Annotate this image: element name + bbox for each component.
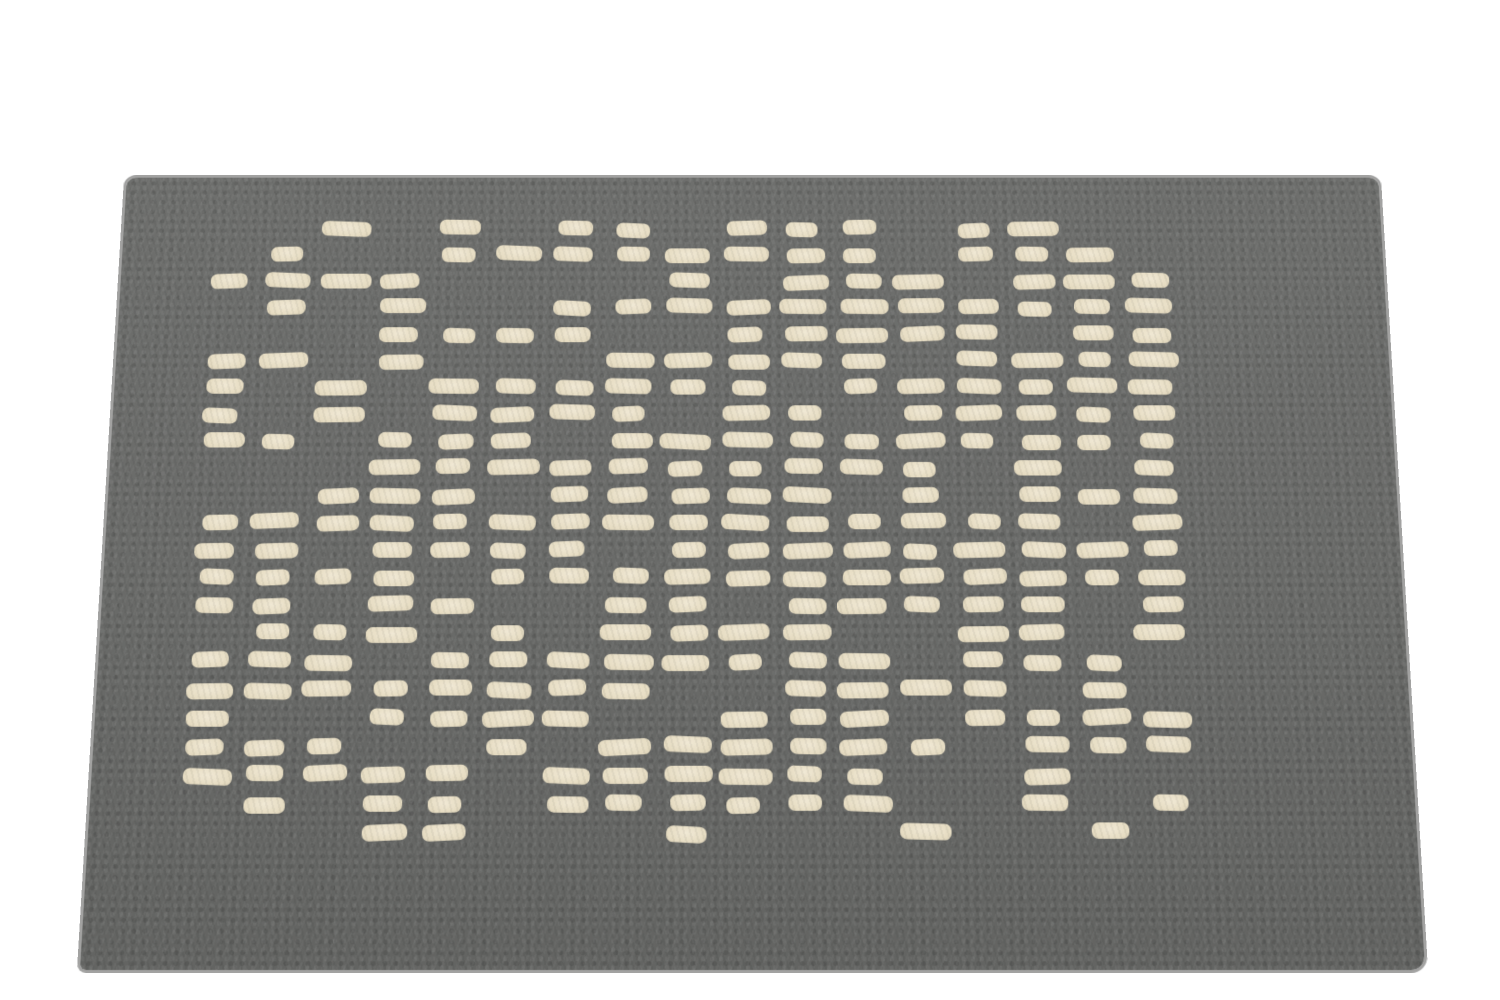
pattern-dash — [608, 458, 648, 474]
pattern-dash — [1017, 301, 1051, 316]
pattern-dash — [605, 794, 642, 810]
pattern-dash — [902, 487, 939, 503]
pattern-dash — [486, 739, 526, 755]
pattern-dash — [664, 249, 709, 263]
pattern-dash — [549, 568, 589, 584]
pattern-dash — [365, 627, 417, 643]
pattern-dash — [1133, 624, 1185, 640]
pattern-dash — [783, 274, 830, 290]
pattern-dash — [1021, 541, 1066, 558]
pattern-dash — [1019, 623, 1066, 640]
pattern-dash — [847, 768, 883, 784]
pattern-dash — [669, 515, 707, 530]
pattern-dash — [726, 569, 771, 586]
pattern-dash — [1090, 737, 1127, 753]
pattern-dash — [788, 765, 823, 782]
pattern-dash — [669, 595, 708, 612]
pattern-dash — [669, 272, 710, 288]
pattern-dash — [843, 795, 892, 813]
pattern-dash — [601, 683, 649, 699]
pattern-dash — [1134, 460, 1173, 476]
pattern-dash — [606, 353, 655, 368]
pattern-dash — [903, 462, 936, 477]
pattern-dash — [1076, 541, 1129, 558]
pattern-dash — [1133, 405, 1176, 420]
pattern-dash — [362, 823, 408, 841]
pattern-dash — [369, 488, 421, 504]
pattern-dash — [313, 624, 347, 640]
pattern-dash — [957, 378, 1002, 395]
pattern-dash — [900, 822, 951, 839]
pattern-dash — [267, 299, 306, 315]
pattern-dash — [789, 794, 823, 810]
pattern-dash — [668, 460, 703, 477]
pattern-dash — [432, 404, 478, 421]
pattern-dash — [442, 247, 476, 262]
pattern-dash — [302, 764, 346, 782]
pattern-dash — [904, 405, 943, 421]
pattern-dash — [1085, 570, 1119, 586]
pattern-dash — [786, 222, 818, 237]
pattern-dash — [551, 513, 589, 530]
pattern-dash — [379, 298, 426, 313]
pattern-dash — [787, 248, 826, 263]
pattern-dash — [195, 597, 234, 613]
pattern-dash — [1140, 433, 1174, 449]
pattern-dash — [1027, 710, 1061, 726]
pattern-dash — [379, 327, 418, 342]
pattern-dash — [1076, 406, 1110, 422]
pattern-dash — [1022, 794, 1069, 811]
pattern-dash — [1083, 682, 1127, 698]
pattern-dash — [721, 711, 768, 727]
pattern-dash — [964, 680, 1008, 697]
pattern-dash — [1143, 711, 1192, 728]
pattern-dash — [672, 542, 706, 558]
pattern-dash — [372, 542, 412, 557]
pattern-dash — [245, 765, 283, 781]
pattern-dash — [369, 708, 404, 725]
pattern-dash — [1132, 514, 1183, 531]
pattern-dash — [784, 458, 822, 474]
pattern-dash — [904, 596, 941, 613]
pattern-dash — [779, 298, 826, 313]
pattern-dash — [968, 513, 1001, 529]
pattern-dash — [957, 626, 1009, 642]
pattern-dash — [956, 324, 998, 339]
pattern-dash — [1146, 736, 1192, 753]
pattern-dash — [958, 246, 993, 261]
pattern-dash — [726, 797, 760, 814]
pattern-dash — [1019, 487, 1061, 502]
pattern-dash — [1026, 736, 1070, 753]
pattern-dash — [900, 680, 952, 696]
pattern-dash — [203, 432, 245, 447]
pattern-dash — [1072, 326, 1113, 341]
pattern-dash — [490, 625, 524, 641]
pattern-dash — [182, 767, 233, 785]
pattern-dash — [953, 541, 1005, 557]
pattern-dash — [482, 709, 534, 727]
pattern-dash — [430, 710, 468, 727]
pattern-dash — [380, 272, 420, 288]
pattern-dash — [555, 380, 594, 396]
pattern-dash — [186, 711, 230, 727]
pattern-dash — [200, 568, 235, 585]
pattern-dash — [202, 514, 238, 530]
pattern-dash — [317, 487, 359, 504]
pattern-dash — [1077, 489, 1120, 504]
pattern-dash — [786, 516, 828, 531]
pattern-dash — [1143, 540, 1178, 556]
pattern-dash — [728, 354, 770, 369]
pattern-dash — [255, 543, 299, 560]
pattern-dash — [542, 767, 590, 785]
pattern-dash — [489, 652, 527, 667]
rug-pattern-field — [171, 216, 1200, 847]
pattern-dash — [840, 299, 888, 314]
pattern-dash — [788, 405, 821, 420]
pattern-dash — [248, 651, 292, 668]
pattern-dash — [958, 299, 999, 314]
pattern-dash — [373, 571, 414, 586]
pattern-dash — [1128, 379, 1173, 394]
pattern-dash — [722, 405, 770, 421]
pattern-dash — [1138, 570, 1186, 586]
pattern-dash — [321, 273, 373, 287]
pattern-dash — [495, 245, 542, 261]
pattern-dash — [782, 571, 825, 587]
pattern-dash — [1011, 352, 1063, 367]
pattern-dash — [422, 823, 466, 841]
pattern-dash — [488, 513, 536, 530]
pattern-dash — [837, 682, 889, 698]
pattern-dash — [846, 273, 882, 288]
pattern-dash — [790, 738, 827, 754]
pattern-dash — [541, 710, 588, 727]
pattern-dash — [1079, 351, 1111, 367]
pattern-dash — [899, 325, 944, 342]
pattern-dash — [491, 406, 535, 423]
pattern-dash — [554, 327, 590, 342]
pattern-dash — [432, 488, 475, 505]
pattern-dash — [727, 488, 772, 505]
pattern-dash — [1007, 221, 1059, 236]
pattern-dash — [491, 433, 531, 449]
pattern-dash — [547, 651, 591, 668]
pattern-dash — [301, 681, 352, 697]
pattern-dash — [1018, 513, 1061, 530]
pattern-dash — [553, 300, 592, 316]
pattern-dash — [548, 679, 586, 696]
pattern-dash — [722, 431, 772, 447]
pattern-dash — [243, 797, 285, 813]
pattern-dash — [963, 652, 1003, 668]
pattern-dash — [901, 513, 946, 529]
pattern-dash — [253, 598, 290, 615]
pattern-dash — [782, 486, 831, 503]
pattern-dash — [732, 380, 767, 396]
pattern-dash — [558, 220, 594, 235]
pattern-dash — [719, 768, 773, 784]
pattern-dash — [898, 298, 944, 313]
pattern-dash — [910, 738, 945, 755]
pattern-dash — [250, 512, 299, 529]
pattern-dash — [602, 768, 648, 784]
pattern-dash — [271, 247, 303, 262]
pattern-dash — [1077, 435, 1111, 450]
pattern-dash — [666, 298, 712, 314]
pattern-dash — [616, 222, 650, 238]
pattern-dash — [1021, 596, 1065, 612]
pattern-dash — [729, 653, 763, 670]
pattern-dash — [1014, 460, 1062, 475]
pattern-dash — [490, 542, 526, 558]
pattern-dash — [550, 485, 588, 501]
pattern-dash — [317, 514, 359, 531]
pattern-dash — [186, 738, 225, 755]
pattern-dash — [782, 542, 833, 559]
pattern-dash — [304, 655, 353, 671]
pattern-dash — [438, 433, 473, 450]
pattern-dash — [243, 683, 292, 700]
pattern-dash — [728, 326, 763, 342]
pattern-dash — [1018, 379, 1053, 394]
pattern-dash — [791, 709, 827, 725]
pattern-dash — [429, 680, 472, 696]
pattern-dash — [1063, 275, 1115, 290]
pattern-dash — [781, 352, 822, 368]
pattern-dash — [899, 567, 944, 584]
pattern-dash — [842, 220, 876, 235]
pattern-dash — [612, 433, 653, 448]
pattern-dash — [843, 378, 877, 394]
pattern-dash — [727, 220, 767, 236]
pattern-dash — [843, 570, 892, 585]
pattern-dash — [785, 326, 828, 341]
pattern-dash — [1131, 273, 1169, 288]
pattern-dash — [549, 540, 585, 557]
pattern-dash — [843, 249, 876, 263]
pattern-dash — [1134, 488, 1179, 504]
pattern-dash — [1074, 298, 1110, 313]
pattern-dash — [664, 353, 713, 369]
pattern-dash — [1133, 328, 1172, 343]
pattern-dash — [379, 354, 424, 369]
pattern-dash — [550, 459, 592, 475]
pattern-dash — [671, 487, 710, 504]
pattern-dash — [261, 434, 295, 449]
pattern-dash — [670, 794, 705, 810]
pattern-dash — [1087, 654, 1122, 671]
pattern-dash — [315, 380, 367, 395]
pattern-dash — [486, 681, 532, 699]
pattern-dash — [491, 568, 524, 584]
pattern-dash — [206, 378, 243, 393]
pattern-dash — [1129, 351, 1179, 367]
pattern-dash — [783, 624, 832, 640]
pattern-dash — [436, 458, 471, 474]
pattern-dash — [1021, 435, 1060, 450]
pattern-dash — [431, 598, 474, 614]
pattern-dash — [896, 432, 947, 449]
pattern-dash — [192, 651, 229, 668]
rug — [80, 178, 1425, 970]
pattern-dash — [1143, 596, 1184, 612]
pattern-dash — [785, 680, 827, 697]
pattern-dash — [963, 568, 1007, 585]
pattern-dash — [496, 378, 536, 394]
pattern-dash — [600, 624, 652, 639]
pattern-dash — [1066, 247, 1114, 262]
pattern-dash — [1016, 405, 1056, 420]
pattern-dash — [1081, 708, 1131, 726]
pattern-dash — [440, 220, 482, 235]
pattern-dash — [202, 407, 239, 423]
pattern-dash — [1013, 274, 1056, 290]
pattern-dash — [843, 541, 891, 558]
pattern-dash — [443, 327, 476, 343]
pattern-dash — [720, 739, 772, 756]
pattern-dash — [549, 404, 596, 420]
pattern-dash — [361, 766, 406, 783]
pattern-dash — [613, 568, 649, 584]
pattern-dash — [194, 543, 234, 559]
pattern-dash — [726, 299, 771, 316]
pattern-dash — [838, 653, 889, 669]
pattern-dash — [1125, 298, 1173, 314]
pattern-dash — [547, 796, 589, 813]
pattern-dash — [720, 514, 769, 531]
pattern-dash — [848, 514, 880, 529]
pattern-dash — [208, 353, 246, 369]
pattern-dash — [259, 352, 309, 368]
pattern-dash — [1067, 377, 1118, 393]
pattern-dash — [665, 825, 706, 843]
pattern-dash — [891, 274, 943, 290]
pattern-dash — [428, 796, 461, 812]
pattern-dash — [244, 739, 285, 756]
pattern-dash — [957, 222, 990, 238]
pattern-dash — [369, 514, 415, 531]
pattern-dash — [615, 298, 651, 314]
pattern-dash — [837, 598, 886, 614]
pattern-dash — [368, 459, 420, 475]
pattern-dash — [426, 765, 469, 781]
pattern-dash — [955, 405, 1002, 422]
pattern-dash — [790, 431, 824, 447]
pattern-dash — [604, 654, 654, 670]
pattern-dash — [211, 273, 248, 289]
pattern-dash — [363, 795, 403, 811]
pattern-dash — [670, 624, 709, 641]
pattern-dash — [428, 378, 479, 393]
pattern-dash — [605, 597, 647, 613]
pattern-dash — [1023, 654, 1061, 670]
pattern-dash — [842, 354, 885, 369]
pattern-dash — [431, 652, 470, 668]
pattern-dash — [839, 738, 888, 756]
pattern-dash — [663, 736, 712, 754]
pattern-dash — [1016, 246, 1049, 261]
pattern-dash — [844, 434, 878, 449]
pattern-dash — [897, 378, 945, 394]
pattern-dash — [496, 327, 534, 342]
pattern-dash — [433, 513, 467, 529]
pattern-dash — [662, 655, 710, 671]
pattern-dash — [322, 221, 373, 237]
pattern-dash — [553, 246, 593, 262]
pattern-dash — [789, 651, 828, 668]
pattern-dash — [961, 432, 994, 448]
pattern-dash — [378, 431, 413, 447]
pattern-dash — [307, 738, 342, 755]
pattern-dash — [840, 458, 883, 474]
pattern-dash — [1020, 570, 1068, 586]
pattern-dash — [963, 596, 1004, 612]
pattern-dash — [256, 624, 289, 640]
pattern-dash — [671, 379, 706, 394]
pattern-dash — [659, 433, 711, 450]
pattern-dash — [1092, 823, 1130, 839]
pattern-dash — [839, 709, 888, 727]
pattern-dash — [965, 709, 1006, 725]
pattern-dash — [602, 514, 654, 530]
pattern-dash — [729, 461, 762, 476]
pattern-dash — [664, 766, 712, 782]
pattern-dash — [728, 542, 771, 559]
pattern-dash — [265, 272, 312, 288]
pattern-dash — [186, 683, 234, 699]
pattern-dash — [1024, 768, 1071, 785]
pattern-dash — [612, 406, 645, 422]
pattern-dash — [598, 738, 651, 756]
pattern-dash — [903, 543, 938, 560]
pattern-dash — [605, 377, 652, 393]
pattern-dash — [718, 623, 770, 640]
pattern-dash — [724, 246, 769, 261]
pattern-dash — [368, 595, 413, 612]
pattern-dash — [315, 568, 352, 585]
pattern-dash — [430, 541, 469, 557]
pattern-dash — [664, 568, 711, 584]
pattern-dash — [617, 247, 650, 262]
pattern-dash — [373, 680, 408, 696]
pattern-dash — [956, 350, 997, 366]
pattern-dash — [487, 459, 539, 475]
pattern-dash — [836, 327, 888, 342]
pattern-dash — [607, 487, 648, 504]
pattern-dash — [788, 598, 826, 614]
pattern-dash — [313, 406, 365, 421]
pattern-dash — [256, 569, 290, 586]
pattern-dash — [1153, 795, 1189, 812]
